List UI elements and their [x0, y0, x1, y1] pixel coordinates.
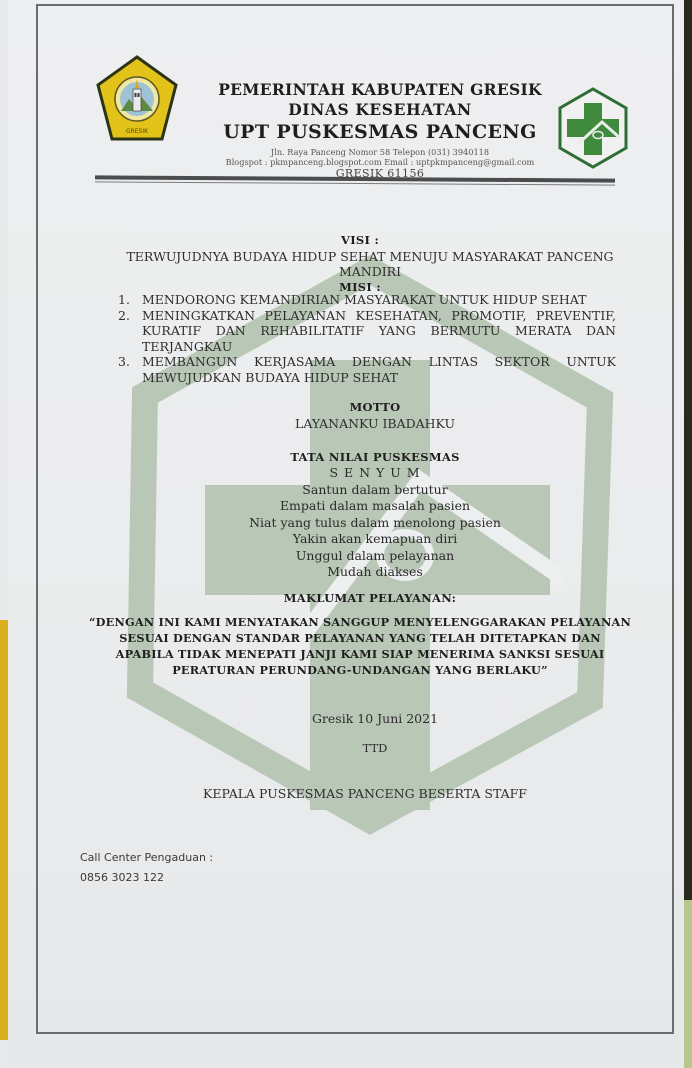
misi-list: 1. MENDORONG KEMANDIRIAN MASYARAKAT UNTU…: [118, 292, 616, 385]
gresik-emblem-icon: GRESIK: [96, 55, 178, 143]
visi-text: TERWUJUDNYA BUDAYA HIDUP SEHAT MENUJU MA…: [100, 249, 640, 279]
maklumat-heading: MAKLUMAT PELAYANAN:: [100, 591, 640, 605]
signature-mark: TTD: [105, 741, 645, 755]
tata-nilai-heading: TATA NILAI PUSKESMAS: [105, 450, 645, 464]
letterhead: PEMERINTAH KABUPATEN GRESIK DINAS KESEHA…: [200, 80, 560, 181]
tata-nilai-value: Yakin akan kemapuan diri: [105, 531, 645, 548]
signatory: KEPALA PUSKESMAS PANCENG BESERTA STAFF: [95, 786, 635, 801]
institution-name: UPT PUSKESMAS PANCENG: [200, 120, 560, 144]
government-name: PEMERINTAH KABUPATEN GRESIK: [200, 80, 560, 100]
maklumat-text: “DENGAN INI KAMI MENYATAKAN SANGGUP MENY…: [80, 614, 640, 678]
tata-nilai-value: Unggul dalam pelayanan: [105, 548, 645, 565]
motto-text: LAYANANKU IBADAHKU: [105, 416, 645, 431]
contact-line: Blogspot : pkmpanceng.blogspot.com Email…: [200, 157, 560, 167]
department-name: DINAS KESEHATAN: [200, 100, 560, 120]
misi-item: 1. MENDORONG KEMANDIRIAN MASYARAKAT UNTU…: [118, 292, 616, 308]
tata-nilai-value: Santun dalam bertutur: [105, 482, 645, 499]
visi-heading: VISI :: [90, 233, 630, 247]
misi-item: 2. MENINGKATKAN PELAYANAN KESEHATAN, PRO…: [118, 308, 616, 355]
misi-item: 3. MEMBANGUN KERJASAMA DENGAN LINTAS SEK…: [118, 354, 616, 385]
tata-nilai-value: Mudah diakses: [105, 564, 645, 581]
senyum-acronym: S E N Y U M: [105, 465, 645, 482]
address-line: Jln. Raya Panceng Nomor 58 Telepon (031)…: [200, 147, 560, 157]
motto-heading: MOTTO: [105, 400, 645, 414]
puskesmas-emblem-icon: [556, 86, 630, 170]
tata-nilai-value: Niat yang tulus dalam menolong pasien: [105, 515, 645, 532]
tata-nilai-list: S E N Y U M Santun dalam bertutur Empati…: [105, 465, 645, 581]
tata-nilai-value: Empati dalam masalah pasien: [105, 498, 645, 515]
svg-text:GRESIK: GRESIK: [126, 128, 149, 135]
call-center-label: Call Center Pengaduan :: [80, 851, 213, 864]
call-center-number: 0856 3023 122: [80, 871, 164, 884]
document-date: Gresik 10 Juni 2021: [105, 711, 645, 726]
